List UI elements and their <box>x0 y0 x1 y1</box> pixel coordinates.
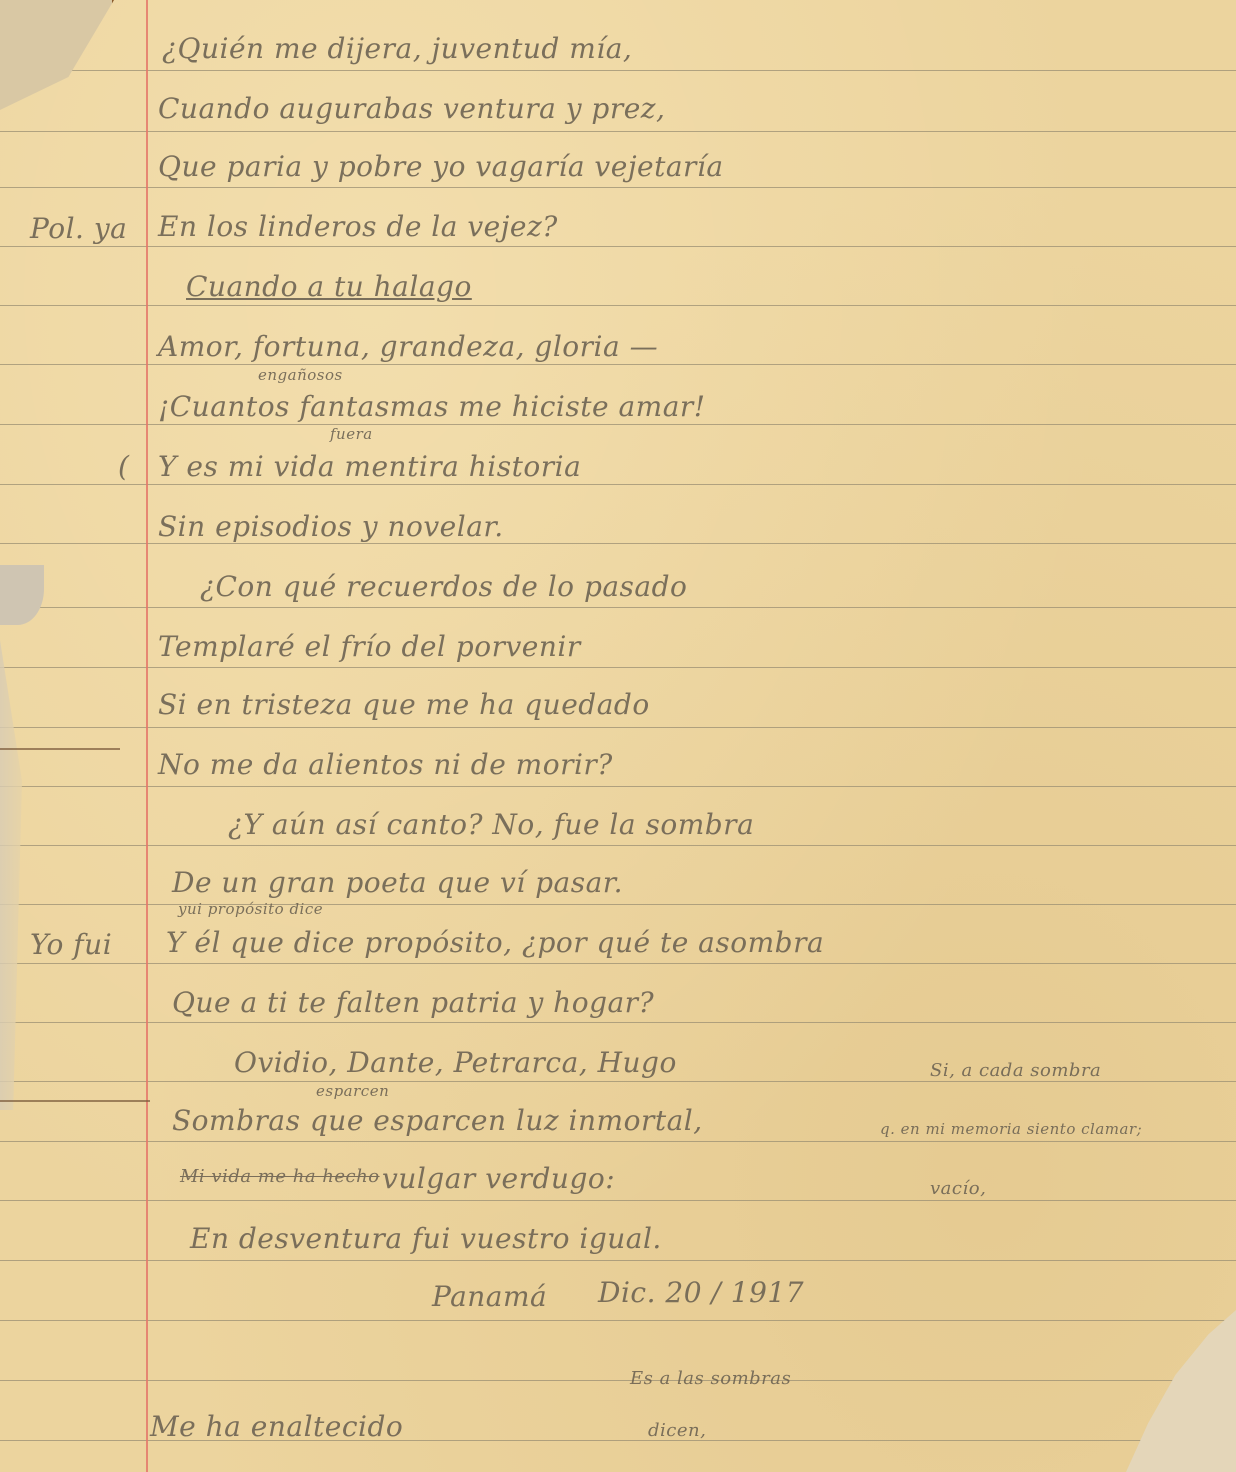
ruled-line <box>0 727 1236 728</box>
ruled-line <box>0 424 1236 425</box>
poem-line: Cuando augurabas ventura y prez, <box>158 92 665 125</box>
poem-line: No me da alientos ni de morir? <box>158 748 613 781</box>
date-signature: Dic. 20 / 1917 <box>598 1276 804 1309</box>
tear-mark <box>0 748 120 750</box>
side-note: q. en mi memoria siento clamar; <box>880 1120 1142 1138</box>
poem-line: Sombras que esparcen luz inmortal, <box>172 1104 703 1137</box>
ruled-line <box>0 131 1236 132</box>
poem-line: Y es mi vida mentira historia <box>158 450 581 483</box>
place-signature: Panamá <box>432 1280 547 1313</box>
ruled-line <box>0 607 1236 608</box>
poem-line: En desventura fui vuestro igual. <box>190 1222 662 1255</box>
poem-line: De un gran poeta que ví pasar. <box>172 866 623 899</box>
ruled-line <box>0 187 1236 188</box>
torn-corner-bottom-right <box>1126 1310 1236 1472</box>
ruled-line <box>0 1320 1236 1321</box>
ruled-line <box>0 963 1236 964</box>
margin-note: ( <box>118 450 129 483</box>
poem-line: Que paria y pobre yo vagaría vejetaría <box>158 150 724 183</box>
poem-line: Amor, fortuna, grandeza, gloria — <box>158 330 658 363</box>
ruled-line <box>0 484 1236 485</box>
ruled-line <box>0 786 1236 787</box>
poem-line: ¡Cuantos fantasmas me hiciste amar! <box>158 390 706 423</box>
manuscript-page: Pol. ya ( Yo fui ¿Quién me dijera, juven… <box>0 0 1236 1472</box>
poem-line: En los linderos de la vejez? <box>158 210 558 243</box>
ruled-line <box>0 845 1236 846</box>
ruled-line <box>0 1022 1236 1023</box>
ruled-line <box>0 70 1236 71</box>
poem-line: Que a ti te falten patria y hogar? <box>172 986 654 1019</box>
margin-note: Yo fui <box>30 928 112 961</box>
poem-line: ¿Y aún así canto? No, fue la sombra <box>228 808 754 841</box>
interlinear-note: esparcen <box>316 1082 389 1100</box>
side-note: Si, a cada sombra <box>930 1060 1101 1081</box>
poem-line: Cuando a tu halago <box>186 270 472 303</box>
ruled-line <box>0 543 1236 544</box>
interlinear-note: fuera <box>330 425 373 443</box>
poem-line: Ovidio, Dante, Petrarca, Hugo <box>234 1046 677 1079</box>
interlinear-note: engañosos <box>258 366 343 384</box>
poem-line: Y él que dice propósito, ¿por qué te aso… <box>166 926 824 959</box>
ruled-line <box>0 1380 1236 1381</box>
ruled-line <box>0 364 1236 365</box>
side-note: vacío, <box>930 1178 986 1199</box>
interlinear-note: yui propósito dice <box>178 900 323 918</box>
poem-line: Si en tristeza que me ha quedado <box>158 688 650 721</box>
footer-note: dicen, <box>648 1420 706 1441</box>
footer-note: Me ha enaltecido <box>150 1410 403 1443</box>
ruled-line <box>0 305 1236 306</box>
poem-line: ¿Quién me dijera, juventud mía, <box>162 32 632 65</box>
poem-line: Templaré el frío del porvenir <box>158 630 581 663</box>
ruled-line <box>0 1200 1236 1201</box>
margin-rule <box>146 0 148 1472</box>
poem-line: vulgar verdugo: <box>382 1162 615 1195</box>
poem-line: Sin episodios y novelar. <box>158 510 504 543</box>
ruled-line <box>0 246 1236 247</box>
ruled-line <box>0 1260 1236 1261</box>
ruled-line <box>0 1081 1236 1082</box>
torn-edge-left <box>0 565 44 625</box>
footer-note: Es a las sombras <box>630 1368 791 1389</box>
margin-note: Pol. ya <box>30 212 127 245</box>
tear-mark <box>0 1100 150 1102</box>
ruled-line <box>0 1141 1236 1142</box>
poem-line: ¿Con qué recuerdos de lo pasado <box>200 570 687 603</box>
torn-corner-top-left <box>0 0 114 110</box>
struck-text: Mi vida me ha hecho <box>180 1166 380 1187</box>
ruled-line <box>0 667 1236 668</box>
paper-fold-left <box>0 640 22 1110</box>
